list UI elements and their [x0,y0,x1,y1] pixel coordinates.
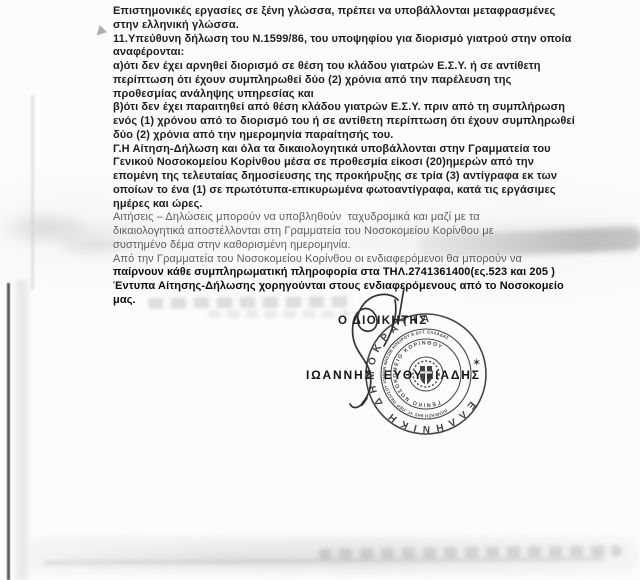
document-line: δικαιολογητικά αποστέλλονται στη Γραμματ… [113,225,640,239]
document-text-block: Επιστημονικές εργασίες σε ξένη γλώσσα, π… [113,5,640,308]
document-line: Επιστημονικές εργασίες σε ξένη γλώσσα, π… [113,5,640,19]
stamp-coat-of-arms-icon [420,366,432,385]
document-line: επομένη της τελευταίας δημοσίευσης της π… [113,170,640,184]
document-line: ενός (1) χρόνου από το διορισμό του ή σε… [113,115,640,129]
document-line: οποίων το ένα (1) σε πρωτότυπα-επικυρωμέ… [113,184,640,198]
stamp-star-icon: ✶ [472,356,481,369]
document-line: α)ότι δεν έχει αρνηθεί διορισμό σε θέση … [113,60,640,74]
document-line: παίρνουν κάθε συμπληρωματική πληροφορία … [113,266,640,280]
document-line: στην ελληνική γλώσσα. [113,19,640,33]
hospital-round-stamp: ΕΛΛΗΝΙΚΗ ΔΗΜΟΚΡΑΤΙΑ ΔΙΟΙΚΗΣΗ 6ΗΣ ΥΓ. ΠΕΡ… [351,299,501,449]
document-line: β)ότι δεν έχει παραιτηθεί από θέση κλάδο… [113,101,640,115]
document-line: Γενικού Νοσοκομείου Κορίνθου μέσα σε προ… [113,156,640,170]
scanned-document-page: Επιστημονικές εργασίες σε ξένη γλώσσα, π… [0,0,640,580]
document-line: 11.Υπεύθυνη δήλωση του Ν.1599/86, του υπ… [113,33,640,47]
document-line: αναφέρονται: [113,46,640,60]
document-line: ημέρες και ώρες. [113,198,640,212]
document-line: περίπτωση ότι έχουν συμπληρωθεί δύο (2) … [113,74,640,88]
document-line: Από την Γραμματεία του Νοσοκομείου Κορίν… [113,253,640,267]
document-line: συστημένο δέμα στην καθορισμένη ημερομην… [113,239,640,253]
document-line: δύο (2) χρόνια από την ημερομηνία παραίτ… [113,129,640,143]
document-line: Αιτήσεις – Δηλώσεις μπορούν να υποβληθού… [113,211,640,225]
document-line: προθεσμίας ανάληψης υπηρεσίας και [113,88,640,102]
document-line: Γ.Η Αίτηση-Δήλωση και όλα τα δικαιολογητ… [113,143,640,157]
